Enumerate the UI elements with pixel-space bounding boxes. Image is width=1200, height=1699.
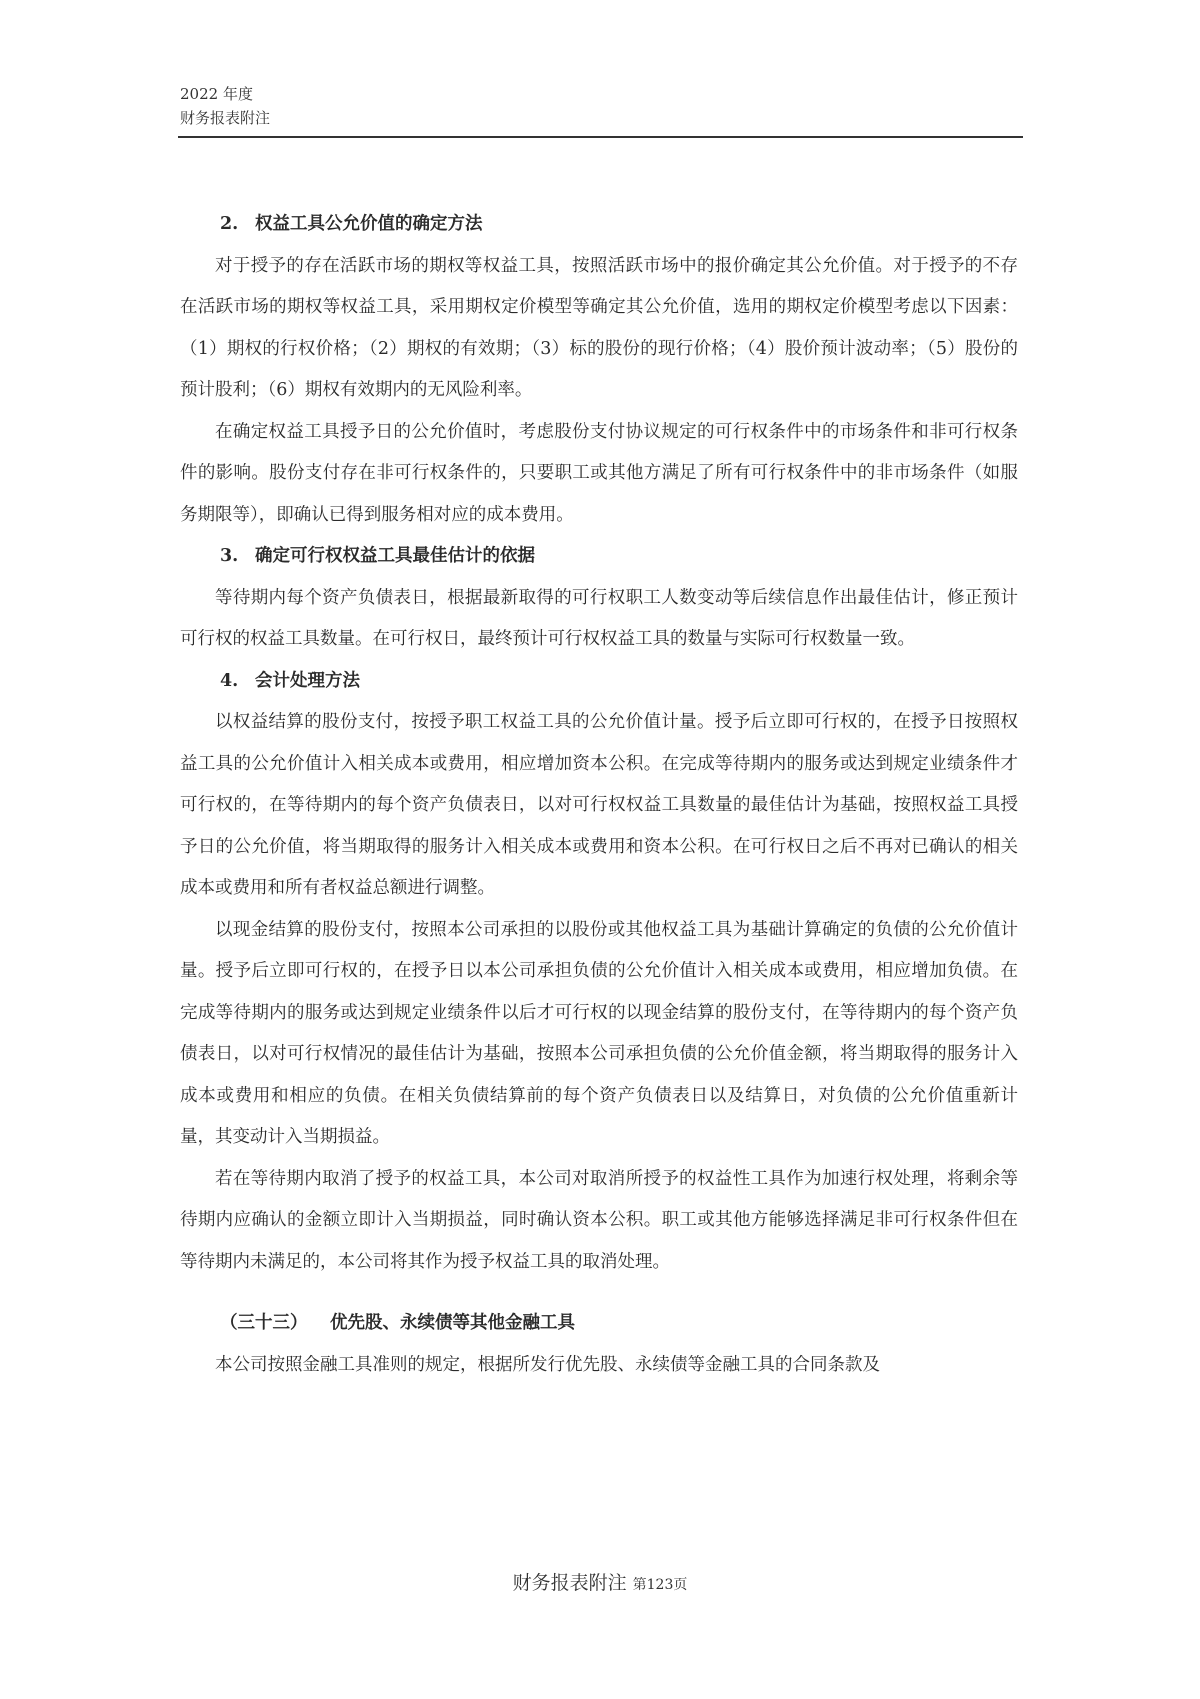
section-number: 4.	[220, 661, 255, 703]
section-number: （三十三）	[220, 1303, 330, 1345]
paragraph: 若在等待期内取消了授予的权益工具，本公司对取消所授予的权益性工具作为加速行权处理…	[180, 1159, 1018, 1284]
page-footer: 财务报表附注第123页	[0, 1568, 1200, 1595]
section-title: 优先股、永续债等其他金融工具	[330, 1313, 575, 1333]
page-header: 2022 年度 财务报表附注	[180, 82, 270, 130]
paragraph: 对于授予的存在活跃市场的期权等权益工具，按照活跃市场中的报价确定其公允价值。对于…	[180, 246, 1018, 412]
header-title: 财务报表附注	[180, 106, 270, 130]
document-body: 2.权益工具公允价值的确定方法 对于授予的存在活跃市场的期权等权益工具，按照活跃…	[208, 204, 1018, 1386]
section-33-heading: （三十三）优先股、永续债等其他金融工具	[208, 1303, 1018, 1345]
paragraph: 在确定权益工具授予日的公允价值时，考虑股份支付协议规定的可行权条件中的市场条件和…	[180, 412, 1018, 537]
section-3-heading: 3.确定可行权权益工具最佳估计的依据	[208, 536, 1018, 578]
section-number: 2.	[220, 204, 255, 246]
section-title: 会计处理方法	[255, 671, 360, 691]
paragraph: 以现金结算的股份支付，按照本公司承担的以股份或其他权益工具为基础计算确定的负债的…	[180, 910, 1018, 1159]
page-number: 第123页	[633, 1577, 688, 1593]
footer-title: 财务报表附注	[513, 1572, 627, 1594]
section-title: 权益工具公允价值的确定方法	[255, 214, 483, 234]
paragraph: 等待期内每个资产负债表日，根据最新取得的可行权职工人数变动等后续信息作出最佳估计…	[180, 578, 1018, 661]
section-2-heading: 2.权益工具公允价值的确定方法	[208, 204, 1018, 246]
header-divider	[178, 136, 1023, 138]
section-4-heading: 4.会计处理方法	[208, 661, 1018, 703]
section-title: 确定可行权权益工具最佳估计的依据	[255, 546, 535, 566]
paragraph: 本公司按照金融工具准则的规定，根据所发行优先股、永续债等金融工具的合同条款及	[180, 1345, 1018, 1387]
section-number: 3.	[220, 536, 255, 578]
header-year: 2022 年度	[180, 82, 270, 106]
paragraph: 以权益结算的股份支付，按授予职工权益工具的公允价值计量。授予后立即可行权的，在授…	[180, 702, 1018, 910]
